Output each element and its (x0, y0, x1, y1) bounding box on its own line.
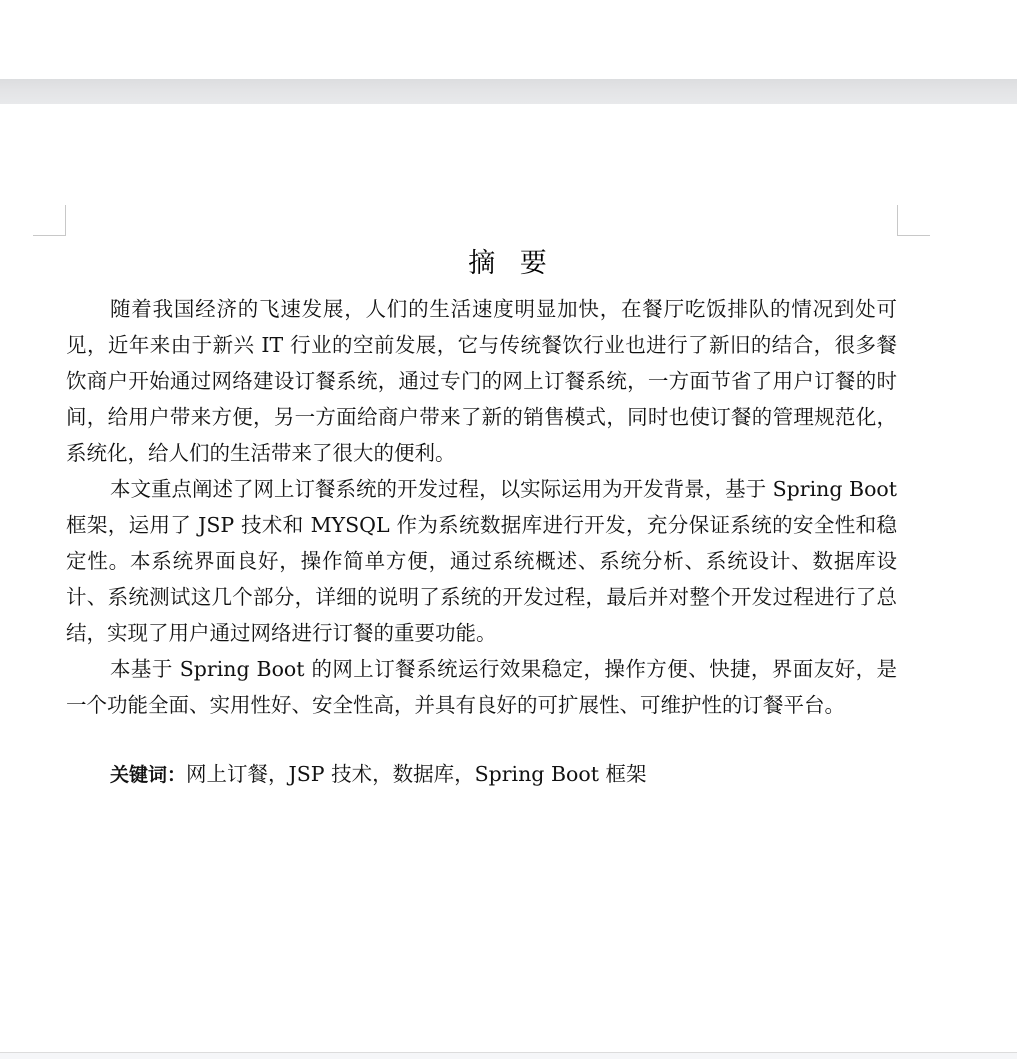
abstract-paragraph-3: 本基于 Spring Boot 的网上订餐系统运行效果稳定，操作方便、快捷，界面… (66, 651, 897, 723)
page-separator (0, 79, 1017, 104)
keywords-line: 关键词：网上订餐，JSP 技术，数据库，Spring Boot 框架 (110, 756, 646, 793)
viewer-top-area (0, 0, 1017, 79)
abstract-body: 随着我国经济的飞速发展，人们的生活速度明显加快，在餐厅吃饭排队的情况到处可见，近… (66, 291, 897, 723)
top-left-margin-mark (33, 205, 66, 236)
abstract-paragraph-1: 随着我国经济的飞速发展，人们的生活速度明显加快，在餐厅吃饭排队的情况到处可见，近… (66, 291, 897, 471)
top-right-margin-mark (897, 205, 930, 236)
keywords-value: 网上订餐，JSP 技术，数据库，Spring Boot 框架 (186, 762, 646, 786)
abstract-paragraph-2: 本文重点阐述了网上订餐系统的开发过程，以实际运用为开发背景，基于 Spring … (66, 471, 897, 651)
keywords-label: 关键词： (110, 764, 186, 786)
abstract-title: 摘 要 (0, 247, 1017, 281)
document-page: 摘 要 随着我国经济的飞速发展，人们的生活速度明显加快，在餐厅吃饭排队的情况到处… (0, 104, 1017, 1052)
bottom-status-strip (0, 1053, 1017, 1059)
